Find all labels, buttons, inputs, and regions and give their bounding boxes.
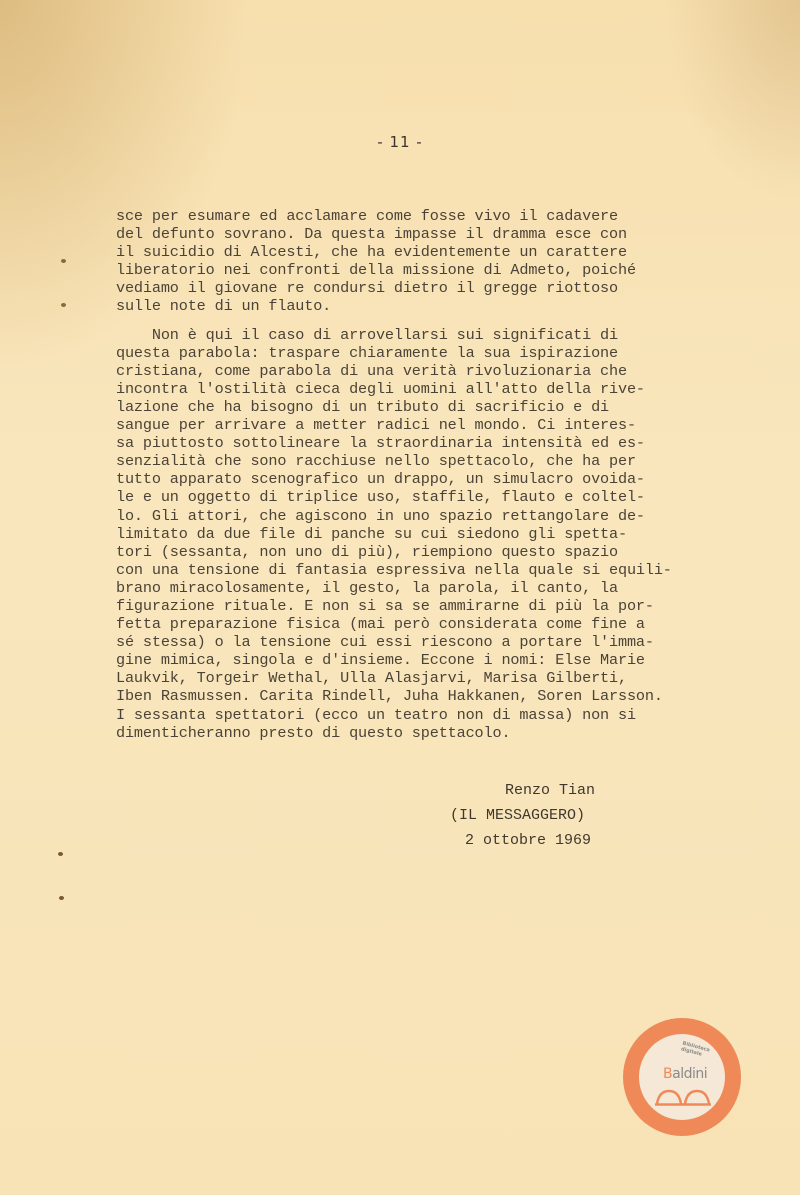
text-line: il suicidio di Alcesti, che ha evidentem… (116, 243, 716, 261)
text-line: brano miracolosamente, il gesto, la paro… (116, 579, 716, 597)
stamp-inner-circle: Biblioteca digitale Baldini (639, 1034, 725, 1120)
text-line: Laukvik, Torgeir Wethal, Ulla Alasjarvi,… (116, 669, 716, 687)
text-line: I sessanta spettatori (ecco un teatro no… (116, 706, 716, 724)
stamp-name-initial: B (663, 1066, 672, 1082)
signature-block: Renzo Tian (IL MESSAGGERO) 2 ottobre 196… (450, 778, 710, 853)
publication-date: 2 ottobre 1969 (450, 828, 710, 853)
article-body: sce per esumare ed acclamare come fosse … (116, 207, 716, 742)
text-line: fetta preparazione fisica (mai però cons… (116, 615, 716, 633)
paragraph-gap (116, 316, 716, 326)
punch-hole-mark (58, 852, 63, 856)
text-line: del defunto sovrano. Da questa impasse i… (116, 225, 716, 243)
text-line: dimenticheranno presto di questo spettac… (116, 724, 716, 742)
text-line: tutto apparato scenografico un drappo, u… (116, 470, 716, 488)
text-line: tori (sessanta, non uno di più), riempio… (116, 543, 716, 561)
text-line: sulle note di un flauto. (116, 297, 716, 315)
text-line: sé stessa) o la tensione cui essi riesco… (116, 633, 716, 651)
author-name: Renzo Tian (450, 778, 710, 803)
text-line: senzialità che sono racchiuse nello spet… (116, 452, 716, 470)
punch-hole-mark (61, 259, 66, 263)
punch-hole-mark (61, 303, 66, 307)
text-line: liberatorio nei confronti della missione… (116, 261, 716, 279)
text-line: sa piuttosto sottolineare la straordinar… (116, 434, 716, 452)
text-line: vediamo il giovane re condursi dietro il… (116, 279, 716, 297)
text-line: questa parabola: traspare chiaramente la… (116, 344, 716, 362)
text-line: con una tensione di fantasia espressiva … (116, 561, 716, 579)
paragraph-1: sce per esumare ed acclamare come fosse … (116, 207, 716, 316)
paragraph-2: Non è qui il caso di arrovellarsi sui si… (116, 326, 716, 742)
open-book-icon (655, 1088, 711, 1106)
library-stamp-logo: Biblioteca digitale Baldini (623, 1018, 741, 1136)
stamp-name: Baldini (663, 1066, 707, 1082)
text-line: gine mimica, singola e d'insieme. Eccone… (116, 651, 716, 669)
page-number: - 11 - (0, 133, 800, 151)
text-line: sce per esumare ed acclamare come fosse … (116, 207, 716, 225)
text-line: Non è qui il caso di arrovellarsi sui si… (116, 326, 716, 344)
text-line: lo. Gli attori, che agiscono in uno spaz… (116, 507, 716, 525)
text-line: limitato da due file di panche su cui si… (116, 525, 716, 543)
text-line: figurazione rituale. E non si sa se ammi… (116, 597, 716, 615)
text-line: Iben Rasmussen. Carita Rindell, Juha Hak… (116, 687, 716, 705)
text-line: cristiana, come parabola di una verità r… (116, 362, 716, 380)
text-line: le e un oggetto di triplice uso, staffil… (116, 488, 716, 506)
text-line: incontra l'ostilità cieca degli uomini a… (116, 380, 716, 398)
stamp-name-rest: aldini (672, 1066, 707, 1082)
stamp-small-text: Biblioteca digitale (680, 1041, 725, 1064)
punch-hole-mark (59, 896, 64, 900)
text-line: lazione che ha bisogno di un tributo di … (116, 398, 716, 416)
publication-source: (IL MESSAGGERO) (450, 803, 710, 828)
text-line: sangue per arrivare a metter radici nel … (116, 416, 716, 434)
